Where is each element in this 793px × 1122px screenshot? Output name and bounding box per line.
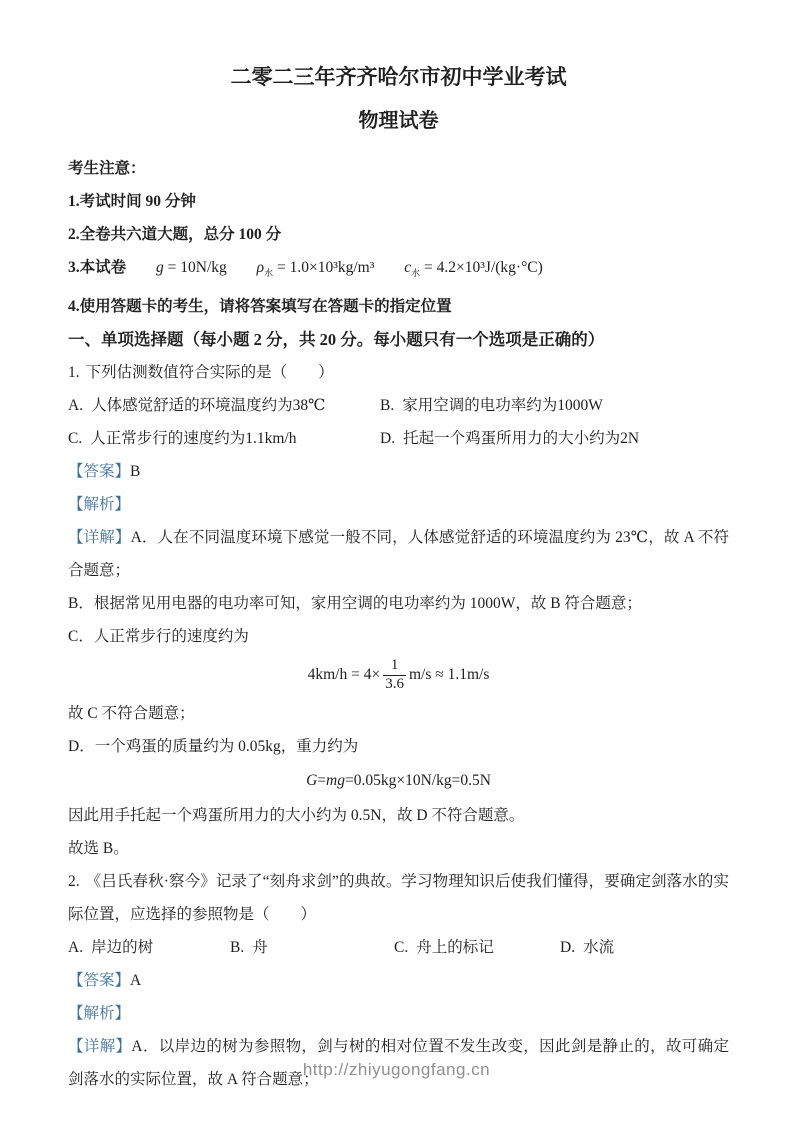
q1-detail-d-end: 因此用手托起一个鸡蛋所用力的大小约为 0.5N，故 D 不符合题意。 bbox=[68, 799, 729, 832]
notice-item-3: 3.本试卷 g = 10N/kg ρ水 = 1.0×10³kg/m³ c水 = … bbox=[68, 251, 729, 290]
q2-stem: 2.《吕氏春秋·察今》记录了“刻舟求剑”的典故。学习物理知识后使我们懂得，要确定… bbox=[68, 865, 729, 931]
speed-formula: 4km/h = 4× 1 3.6 m/s ≈ 1.1m/s bbox=[68, 653, 729, 697]
section-heading: 一、单项选择题（每小题 2 分，共 20 分。每小题只有一个选项是正确的） bbox=[68, 323, 729, 356]
q2-option-a-text: 岸边的树 bbox=[91, 939, 153, 956]
q1-detail-c-end: 故 C 不符合题意； bbox=[68, 697, 729, 730]
q1-answer-line: 【答案】B bbox=[68, 455, 729, 488]
q1-option-a: A.人体感觉舒适的环境温度约为38℃ bbox=[68, 389, 380, 422]
q2-option-c-text: 舟上的标记 bbox=[416, 939, 494, 956]
page-title: 二零二三年齐齐哈尔市初中学业考试 bbox=[68, 62, 729, 92]
rho-subscript: 水 bbox=[264, 268, 273, 278]
q1-option-c-text: 人正常步行的速度约为1.1km/h bbox=[90, 430, 296, 447]
q1-option-d-text: 托起一个鸡蛋所用力的大小约为2N bbox=[403, 430, 639, 447]
c-subscript: 水 bbox=[411, 268, 420, 278]
q2-analysis-line: 【解析】 bbox=[68, 997, 729, 1030]
notice-item-2: 2.全卷共六道大题，总分 100 分 bbox=[68, 218, 729, 251]
constant-rho-water: ρ水 = 1.0×10³kg/m³ bbox=[257, 259, 375, 276]
q1-option-a-text: 人体感觉舒适的环境温度约为38℃ bbox=[91, 397, 325, 414]
q2-option-a: A.岸边的树 bbox=[68, 931, 230, 964]
footer-url: http://zhiyugongfang.cn bbox=[0, 1060, 793, 1080]
notice-item-4: 4.使用答题卡的考生，请将答案填写在答题卡的指定位置 bbox=[68, 290, 729, 323]
constant-c-water: c水 = 4.2×10³J/(kg·°C) bbox=[404, 259, 543, 276]
q1-option-c: C.人正常步行的速度约为1.1km/h bbox=[68, 422, 380, 455]
q1-conclusion: 故选 B。 bbox=[68, 832, 729, 865]
q2-options: A.岸边的树 B.舟 C.舟上的标记 D.水流 bbox=[68, 931, 729, 964]
detail-tag: 【详解】 bbox=[68, 1038, 131, 1055]
q2-option-c: C.舟上的标记 bbox=[394, 931, 560, 964]
page-subtitle: 物理试卷 bbox=[68, 106, 729, 136]
document-content: 二零二三年齐齐哈尔市初中学业考试 物理试卷 考生注意： 1.考试时间 90 分钟… bbox=[0, 0, 793, 1096]
q2-option-b: B.舟 bbox=[230, 931, 394, 964]
notice-item-3-prefix: 3.本试卷 bbox=[68, 259, 126, 276]
q1-analysis-line: 【解析】 bbox=[68, 488, 729, 521]
q2-answer-value: A bbox=[130, 972, 141, 989]
notice-heading: 考生注意： bbox=[68, 152, 729, 185]
q1-option-b-text: 家用空调的电功率约为1000W bbox=[402, 397, 603, 414]
q2-option-d-text: 水流 bbox=[583, 939, 614, 956]
analysis-tag: 【解析】 bbox=[68, 496, 130, 513]
notice-item-1: 1.考试时间 90 分钟 bbox=[68, 185, 729, 218]
q2-number: 2. bbox=[68, 873, 80, 890]
q1-answer-value: B bbox=[130, 463, 140, 480]
fraction-denominator: 3.6 bbox=[383, 676, 406, 693]
q1-detail-c: C．人正常步行的速度约为 bbox=[68, 620, 729, 653]
fraction-numerator: 1 bbox=[383, 657, 406, 675]
q2-option-d: D.水流 bbox=[560, 931, 729, 964]
exam-document-page: 二零二三年齐齐哈尔市初中学业考试 物理试卷 考生注意： 1.考试时间 90 分钟… bbox=[0, 0, 793, 1122]
q1-option-b: B.家用空调的电功率约为1000W bbox=[380, 389, 729, 422]
q2-option-b-text: 舟 bbox=[252, 939, 268, 956]
q1-option-d: D.托起一个鸡蛋所用力的大小约为2N bbox=[380, 422, 729, 455]
fraction: 1 3.6 bbox=[383, 657, 406, 693]
detail-tag: 【详解】 bbox=[68, 529, 131, 546]
q1-detail-d: D．一个鸡蛋的质量约为 0.05kg，重力约为 bbox=[68, 730, 729, 763]
analysis-tag: 【解析】 bbox=[68, 1005, 130, 1022]
q1-options: A.人体感觉舒适的环境温度约为38℃ B.家用空调的电功率约为1000W C.人… bbox=[68, 389, 729, 455]
q1-detail-a: 【详解】A．人在不同温度环境下感觉一般不同，人体感觉舒适的环境温度约为 23℃，… bbox=[68, 521, 729, 587]
q1-number: 1. bbox=[68, 364, 80, 381]
gravity-formula: G=mg=0.05kg×10N/kg=0.5N bbox=[68, 763, 729, 799]
answer-tag: 【答案】 bbox=[68, 463, 130, 480]
q2-answer-line: 【答案】A bbox=[68, 964, 729, 997]
answer-tag: 【答案】 bbox=[68, 972, 130, 989]
q1-stem: 1.下列估测数值符合实际的是（ ） bbox=[68, 356, 729, 389]
constant-g: g = 10N/kg bbox=[156, 259, 227, 276]
q1-detail-b: B．根据常见用电器的电功率可知，家用空调的电功率约为 1000W，故 B 符合题… bbox=[68, 587, 729, 620]
